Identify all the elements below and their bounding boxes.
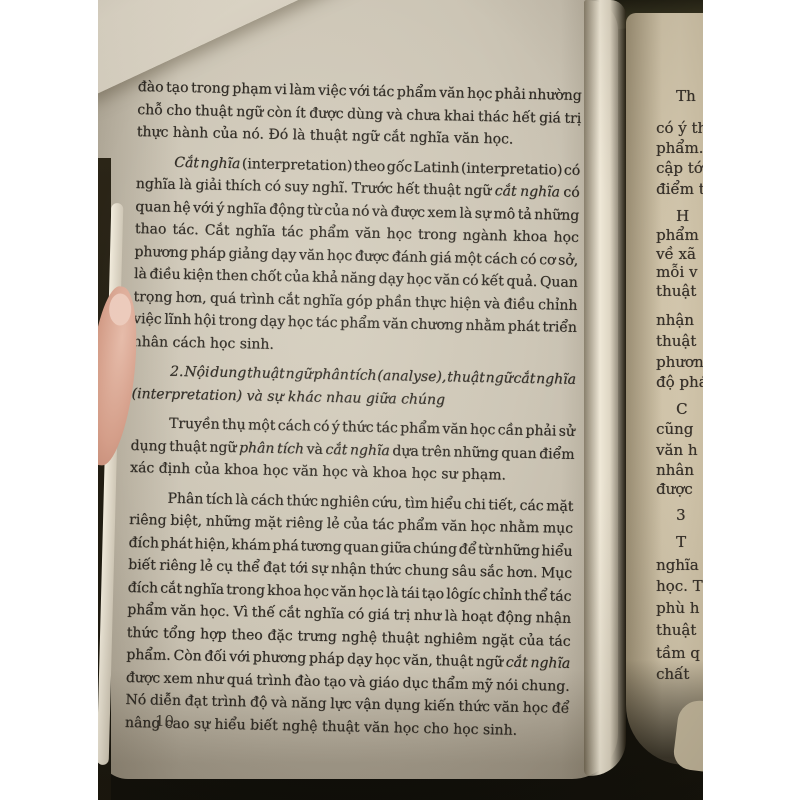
cropped-text-fragment: cập tớ: [656, 160, 703, 177]
cropped-text-fragment: phù h: [656, 600, 699, 617]
book-photo: Thcó ý thphẩm.cập tớđiểm tHphẩmvề xãmỗi …: [98, 0, 703, 800]
cropped-text-fragment: nhân: [656, 462, 694, 479]
cropped-text-fragment: nghĩa: [656, 557, 699, 574]
cropped-text-fragment: phẩm.: [656, 140, 703, 157]
cropped-text-fragment: được: [656, 481, 693, 498]
cropped-text-fragment: về xã: [656, 246, 696, 263]
cropped-text-fragment: thuật: [656, 283, 696, 300]
cropped-text-fragment: nhận: [656, 312, 694, 329]
cropped-text-fragment: Th: [676, 88, 696, 105]
thumb-nail: [109, 293, 132, 325]
left-page: đàotạotrongphạmvilàmviệcvớitácphẩmvănhọc…: [98, 0, 618, 779]
cropped-text-fragment: văn h: [656, 442, 698, 459]
cropped-text-fragment: phẩm: [656, 227, 699, 244]
left-page-text: đàotạotrongphạmvilàmviệcvớitácphẩmvănhọc…: [125, 76, 582, 743]
cropped-text-fragment: có ý th: [656, 120, 703, 137]
cropped-text-fragment: T: [676, 534, 686, 551]
cropped-text-fragment: 3: [676, 507, 686, 524]
cropped-text-fragment: chất: [656, 666, 689, 683]
cropped-text-fragment: độ phá: [656, 374, 703, 391]
screenshot-canvas: Thcó ý thphẩm.cập tớđiểm tHphẩmvề xãmỗi …: [0, 0, 800, 800]
cropped-text-fragment: thuật: [656, 333, 696, 350]
cropped-text-fragment: thuật: [656, 622, 696, 639]
cropped-text-fragment: điểm t: [656, 181, 703, 198]
cropped-text-fragment: tầm q: [656, 645, 700, 662]
page-curl-edge: [584, 0, 626, 776]
cropped-text-fragment: mỗi v: [656, 264, 697, 281]
cropped-text-fragment: phươn: [656, 354, 703, 371]
cropped-text-fragment: cũng: [656, 421, 693, 438]
cropped-text-fragment: H: [676, 208, 689, 225]
cropped-text-fragment: học. T: [656, 578, 703, 595]
page-number: 10: [155, 712, 174, 730]
cropped-text-fragment: C: [676, 401, 687, 418]
